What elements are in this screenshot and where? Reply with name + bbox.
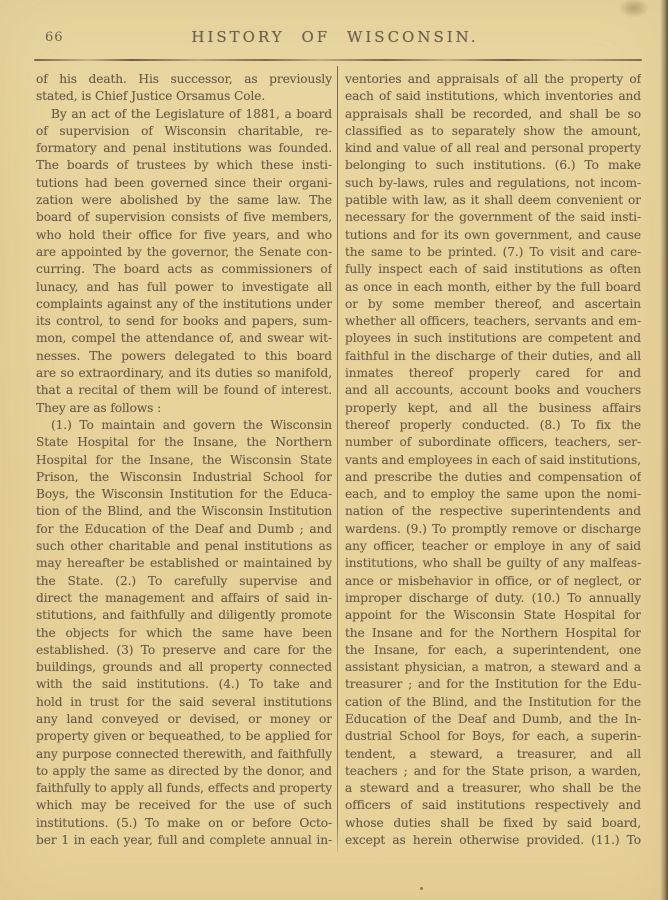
text-line: that a recital of them will be found of … [36, 382, 332, 399]
text-line: patible with law, as it shall deem conve… [345, 192, 641, 209]
text-line: (1.) To maintain and govern the Wisconsi… [36, 417, 332, 434]
text-line: faithfully to apply all funds, effects a… [36, 780, 332, 797]
text-line: belonging to such institutions. (6.) To … [345, 157, 641, 174]
text-line: any officer, teacher or employe in any o… [345, 538, 641, 555]
text-line: tendent, a steward, a treasurer, and all… [345, 746, 641, 763]
text-line: each of said institutions, which invento… [345, 88, 641, 105]
text-line: assistant physician, a matron, a steward… [345, 659, 641, 676]
text-line: are appointed by the governor, the Senat… [36, 244, 332, 261]
text-line: wardens. (9.) To promptly remove or disc… [345, 521, 641, 538]
text-line: complaints against any of the institutio… [36, 296, 332, 313]
text-line: ber 1 in each year, full and complete an… [36, 832, 332, 849]
text-line: its control, to send for books and paper… [36, 313, 332, 330]
text-line: the Insane, for each, a superintendent, … [345, 642, 641, 659]
text-line: of supervision of Wisconsin charitable, … [36, 123, 332, 140]
text-line: a steward and a treasurer, who shall be … [345, 780, 641, 797]
text-line: the objects for which the same have been [36, 625, 332, 642]
text-line: classified as to separately show the amo… [345, 123, 641, 140]
text-line: They are as follows : [36, 400, 332, 417]
text-line: By an act of the Legislature of 1881, a … [36, 106, 332, 123]
text-line: Hospital for the Insane, the Wisconsin S… [36, 452, 332, 469]
text-line: whether all officers, teachers, servants… [345, 313, 641, 330]
text-line: appoint for the Wisconsin State Hospital… [345, 607, 641, 624]
text-line: nation of the respective superintendents… [345, 503, 641, 520]
text-line: ployees in such institutions are compete… [345, 330, 641, 347]
text-line: faithful in the discharge of their dutie… [345, 348, 641, 365]
text-line: fully inspect each of said institutions … [345, 261, 641, 278]
text-line: the Insane and for the Northern Hospital… [345, 625, 641, 642]
text-line: such by-laws, rules and regulations, not… [345, 175, 641, 192]
left-column: of his death. His successor, as previous… [36, 71, 332, 849]
text-line: hold in trust for the said several insti… [36, 694, 332, 711]
text-line: Prison, the Wisconsin Industrial School … [36, 469, 332, 486]
text-line: tutions and for its own government, and … [345, 227, 641, 244]
running-title: HISTORY OF WISCONSIN. [35, 28, 635, 46]
text-line: are so extraordinary, and its duties so … [36, 365, 332, 382]
text-line: institutions, who shall be guilty of any… [345, 555, 641, 572]
text-line: dustrial School for Boys, for each, a su… [345, 728, 641, 745]
text-line: treasurer ; and for the Institution for … [345, 676, 641, 693]
text-line: and prescribe the duties and compensatio… [345, 469, 641, 486]
text-line: as once in each month, either by the ful… [345, 279, 641, 296]
text-line: whose duties shall be fixed by said boar… [345, 815, 641, 832]
right-column: ventories and appraisals of all the prop… [345, 71, 641, 849]
text-line: ance or misbehavior in office, or of neg… [345, 573, 641, 590]
text-line: for the Education of the Deaf and Dumb ;… [36, 521, 332, 538]
text-line: such other charitable and penal institut… [36, 538, 332, 555]
text-line: board of supervision consists of five me… [36, 209, 332, 226]
text-line: inmates thereof properly cared for and g… [345, 365, 641, 382]
text-line: State Hospital for the Insane, the North… [36, 434, 332, 451]
text-line: properly kept, and all the business affa… [345, 400, 641, 417]
text-line: The boards of trustees by which these in… [36, 157, 332, 174]
text-line: tion of the Blind, and the Wisconsin Ins… [36, 503, 332, 520]
header-rule [34, 59, 642, 61]
text-line: of his death. His successor, as previous… [36, 71, 332, 88]
text-line: number of subordinate officers, teachers… [345, 434, 641, 451]
scan-speck [420, 887, 423, 890]
text-line: established. (3) To preserve and care fo… [36, 642, 332, 659]
text-line: or by some member thereof, and ascertain [345, 296, 641, 313]
text-line: institutions. (5.) To make on or before … [36, 815, 332, 832]
text-line: except as herein otherwise provided. (11… [345, 832, 641, 849]
text-line: lunacy, and has full power to investigat… [36, 279, 332, 296]
text-line: stitutions, and faithfully and diligentl… [36, 607, 332, 624]
text-line: any land conveyed or devised, or money o… [36, 711, 332, 728]
text-line: Boys, the Wisconsin Institution for the … [36, 486, 332, 503]
text-line: formatory and penal institutions was fou… [36, 140, 332, 157]
text-line: each, and to employ the same upon the no… [345, 486, 641, 503]
column-divider [337, 66, 338, 852]
book-page: 66 HISTORY OF WISCONSIN. of his death. H… [0, 0, 668, 900]
text-line: thereof properly conducted. (8.) To fix … [345, 417, 641, 434]
text-line: direct the management and affairs of sai… [36, 590, 332, 607]
text-line: curring. The board acts as commissioners… [36, 261, 332, 278]
text-line: property given or bequeathed, to be appl… [36, 728, 332, 745]
text-line: may hereafter be established or maintain… [36, 555, 332, 572]
text-line: to apply the same as directed by the don… [36, 763, 332, 780]
text-line: kind and value of all real and personal … [345, 140, 641, 157]
text-line: any purpose connected therewith, and fai… [36, 746, 332, 763]
text-line: who hold their office for five years, an… [36, 227, 332, 244]
text-line: Education of the Deaf and Dumb, and the … [345, 711, 641, 728]
text-line: which may be received for the use of suc… [36, 797, 332, 814]
text-line: improper discharge of duty. (10.) To ann… [345, 590, 641, 607]
text-line: with the said institutions. (4.) To take… [36, 676, 332, 693]
text-line: teachers ; and for the State prison, a w… [345, 763, 641, 780]
text-line: and all accounts, account books and vouc… [345, 382, 641, 399]
text-line: ventories and appraisals of all the prop… [345, 71, 641, 88]
text-line: stated, is Chief Justice Orsamus Cole. [36, 88, 332, 105]
text-line: vants and employees in each of said inst… [345, 452, 641, 469]
text-line: officers of said institutions respective… [345, 797, 641, 814]
text-line: appraisals shall be recorded, and shall … [345, 106, 641, 123]
text-line: nesses. The powers delegated to this boa… [36, 348, 332, 365]
text-line: the State. (2.) To carefully supervise a… [36, 573, 332, 590]
text-line: mon, compel the attendance of, and swear… [36, 330, 332, 347]
text-line: the same to be printed. (7.) To visit an… [345, 244, 641, 261]
text-line: tutions had been governed since their or… [36, 175, 332, 192]
text-line: zation were abolished by the same law. T… [36, 192, 332, 209]
text-line: cation of the Blind, and the Institution… [345, 694, 641, 711]
text-line: buildings, grounds and all property conn… [36, 659, 332, 676]
text-line: necessary for the government of the said… [345, 209, 641, 226]
